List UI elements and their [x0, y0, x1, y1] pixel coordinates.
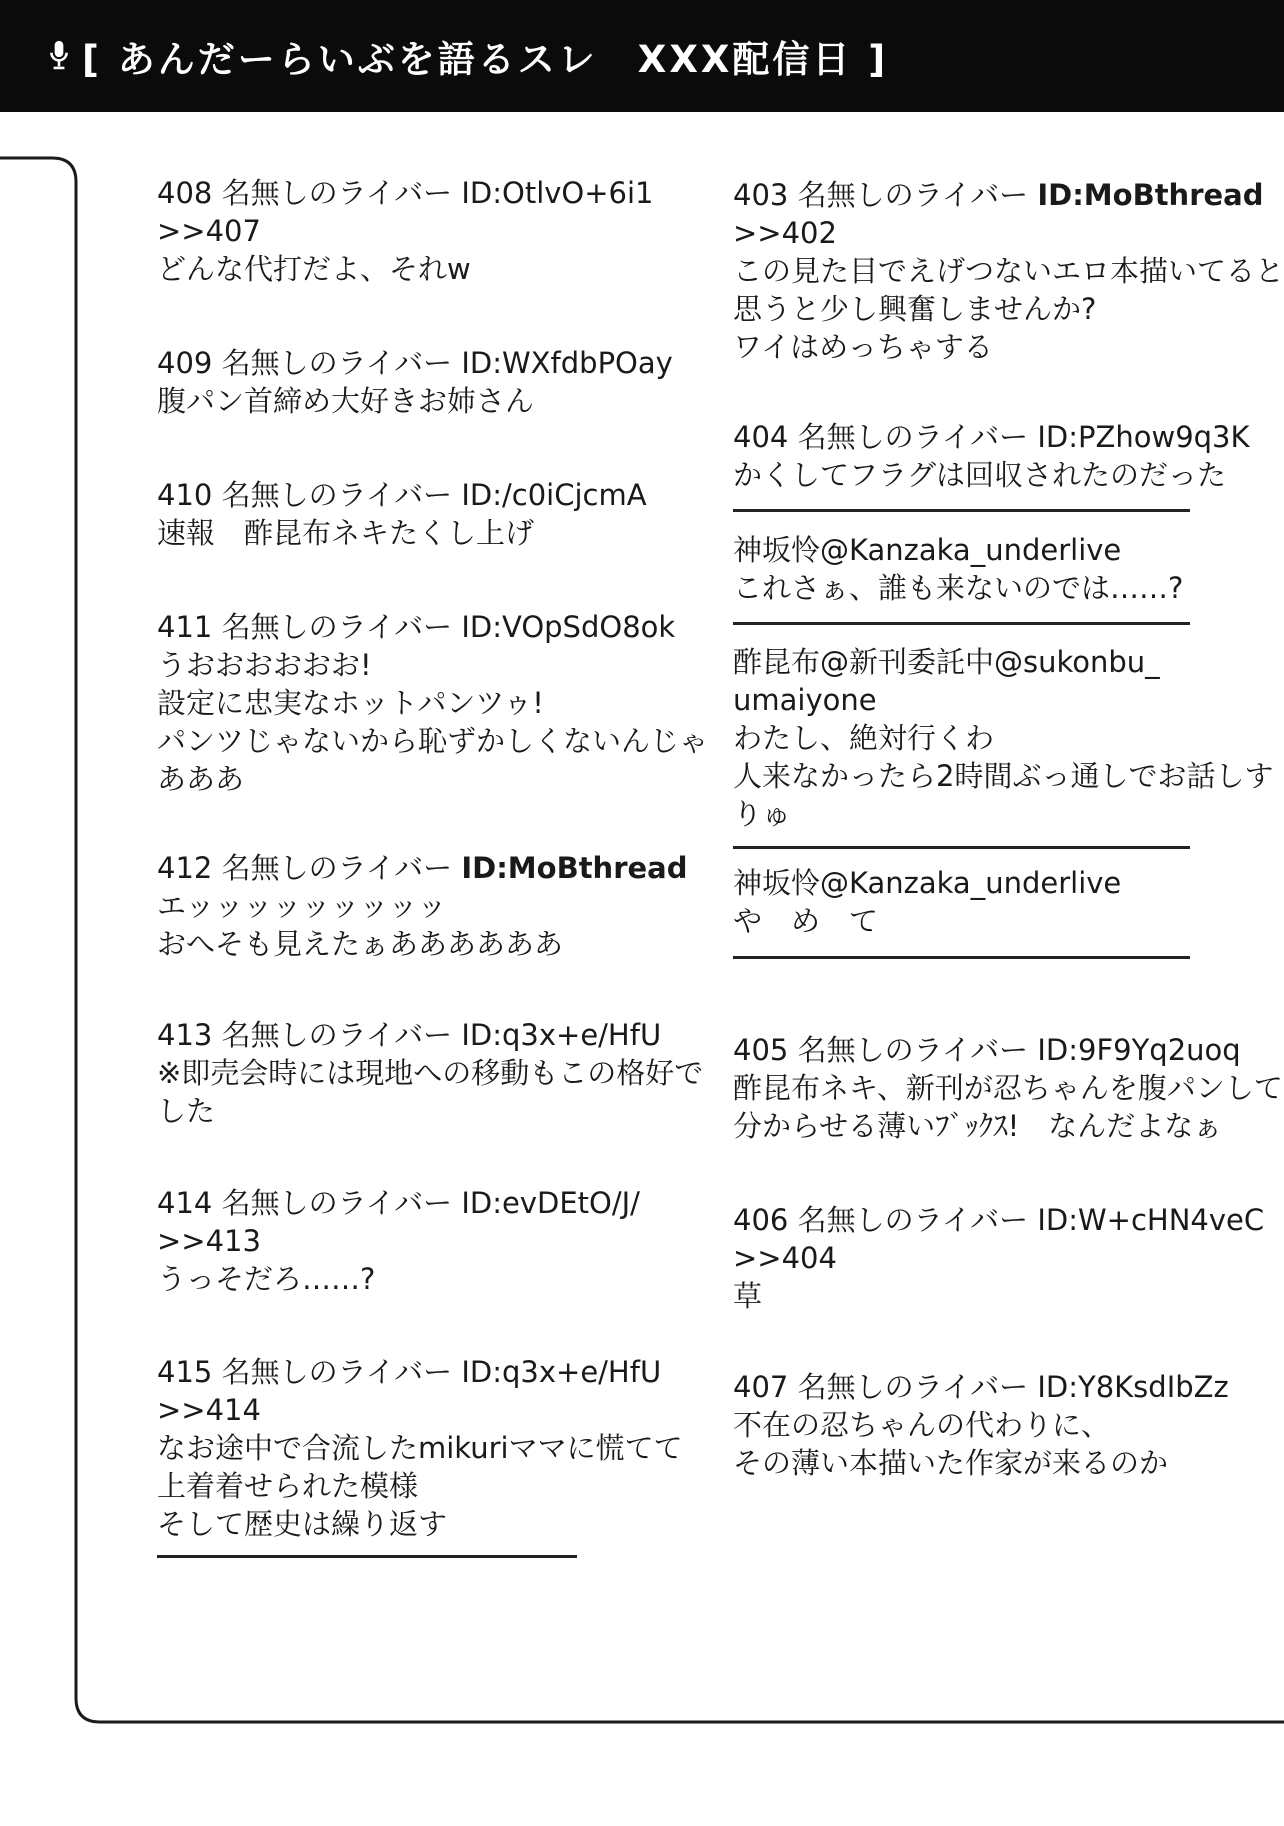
poster-id: ID:MoBthread: [1037, 178, 1263, 212]
post-line: おへそも見えたぁああああああ: [157, 925, 688, 963]
post-header: 404 名無しのライバー ID:PZhow9q3K: [733, 418, 1250, 456]
post-line: >>414: [157, 1391, 683, 1429]
post-405: 405 名無しのライバー ID:9F9Yq2uoq 酢昆布ネキ、新刊が忍ちゃんを…: [733, 1031, 1283, 1145]
post-413: 413 名無しのライバー ID:q3x+e/HfU ※即売会時には現地への移動も…: [157, 1016, 703, 1130]
post-line: 腹パン首締め大好きお姉さん: [157, 382, 673, 420]
separator-line: [733, 622, 1190, 625]
post-line: なお途中で合流したmikuriママに慌てて: [157, 1429, 683, 1467]
tweet-line: これさぁ、誰も来ないのでは……?: [733, 569, 1183, 607]
tweet-author: umaiyone: [733, 681, 1273, 719]
poster-id: ID:9F9Yq2uoq: [1037, 1033, 1240, 1067]
post-line: >>402: [733, 214, 1284, 252]
tweet-quote-2: 酢昆布@新刊委託中@sukonbu_ umaiyone わたし、絶対行くわ 人来…: [733, 643, 1273, 833]
post-415: 415 名無しのライバー ID:q3x+e/HfU >>414 なお途中で合流し…: [157, 1353, 683, 1543]
poster-id: ID:MoBthread: [461, 851, 687, 885]
post-header: 414 名無しのライバー ID:evDEtO/J/: [157, 1184, 640, 1222]
tweet-line: 人来なかったら2時間ぶっ通しでお話しす: [733, 757, 1273, 795]
post-412: 412 名無しのライバー ID:MoBthread エッッッッッッッッッ おへそ…: [157, 849, 688, 963]
separator-line: [157, 1555, 577, 1558]
tweet-line: りゅ: [733, 795, 1273, 833]
post-line: エッッッッッッッッッ: [157, 887, 688, 925]
post-line: この見た目でえげつないエロ本描いてると: [733, 252, 1284, 290]
tweet-line: や め て: [733, 902, 1121, 940]
post-header: 411 名無しのライバー ID:VOpSdO8ok: [157, 608, 708, 646]
poster-id: ID:q3x+e/HfU: [461, 1018, 661, 1052]
post-line: 分からせる薄いﾌﾞｯｸｽ! なんだよなぁ: [733, 1107, 1283, 1145]
post-line: >>413: [157, 1222, 640, 1260]
post-414: 414 名無しのライバー ID:evDEtO/J/ >>413 うっそだろ……?: [157, 1184, 640, 1298]
poster-id: ID:OtlvO+6i1: [461, 176, 653, 210]
tweet-author: 神坂怜@Kanzaka_underlive: [733, 864, 1121, 902]
post-406: 406 名無しのライバー ID:W+cHN4veC >>404 草: [733, 1201, 1264, 1315]
post-header: 409 名無しのライバー ID:WXfdbPOay: [157, 344, 673, 382]
post-line: かくしてフラグは回収されたのだった: [733, 456, 1250, 494]
post-header: 407 名無しのライバー ID:Y8KsdIbZz: [733, 1368, 1229, 1406]
post-line: ワイはめっちゃする: [733, 328, 1284, 366]
post-header: 408 名無しのライバー ID:OtlvO+6i1: [157, 174, 654, 212]
post-header: 405 名無しのライバー ID:9F9Yq2uoq: [733, 1031, 1283, 1069]
post-header: 413 名無しのライバー ID:q3x+e/HfU: [157, 1016, 703, 1054]
post-line: 酢昆布ネキ、新刊が忍ちゃんを腹パンして: [733, 1069, 1283, 1107]
separator-line: [733, 509, 1190, 512]
tweet-quote-1: 神坂怜@Kanzaka_underlive これさぁ、誰も来ないのでは……?: [733, 531, 1183, 607]
post-line: した: [157, 1092, 703, 1130]
post-header: 410 名無しのライバー ID:/c0iCjcmA: [157, 476, 647, 514]
poster-id: ID:/c0iCjcmA: [461, 478, 646, 512]
post-411: 411 名無しのライバー ID:VOpSdO8ok うおおおおおお! 設定に忠実…: [157, 608, 708, 798]
poster-id: ID:evDEtO/J/: [461, 1186, 640, 1220]
book-page: [ あんだーらいぶを語るスレ XXX配信日 ] 408 名無しのライバー ID:…: [0, 0, 1284, 1826]
post-line: パンツじゃないから恥ずかしくないんじゃ: [157, 722, 708, 760]
poster-id: ID:Y8KsdIbZz: [1037, 1370, 1228, 1404]
post-line: あああ: [157, 760, 708, 798]
poster-id: ID:VOpSdO8ok: [461, 610, 675, 644]
post-line: ※即売会時には現地への移動もこの格好で: [157, 1054, 703, 1092]
post-410: 410 名無しのライバー ID:/c0iCjcmA 速報 酢昆布ネキたくし上げ: [157, 476, 647, 552]
separator-line: [733, 846, 1190, 849]
post-header: 406 名無しのライバー ID:W+cHN4veC: [733, 1201, 1264, 1239]
post-line: 草: [733, 1277, 1264, 1315]
tweet-author: 神坂怜@Kanzaka_underlive: [733, 531, 1183, 569]
thread-title-bar: [ あんだーらいぶを語るスレ XXX配信日 ]: [0, 0, 1284, 112]
thread-title: [ あんだーらいぶを語るスレ XXX配信日 ]: [82, 29, 888, 83]
post-header: 415 名無しのライバー ID:q3x+e/HfU: [157, 1353, 683, 1391]
tweet-line: わたし、絶対行くわ: [733, 719, 1273, 757]
tweet-quote-3: 神坂怜@Kanzaka_underlive や め て: [733, 864, 1121, 940]
post-line: うおおおおおお!: [157, 646, 708, 684]
post-line: その薄い本描いた作家が来るのか: [733, 1444, 1229, 1482]
separator-line: [733, 956, 1190, 959]
post-408: 408 名無しのライバー ID:OtlvO+6i1 >>407 どんな代打だよ、…: [157, 174, 654, 288]
post-409: 409 名無しのライバー ID:WXfdbPOay 腹パン首締め大好きお姉さん: [157, 344, 673, 420]
microphone-icon: [46, 35, 72, 77]
poster-id: ID:W+cHN4veC: [1037, 1203, 1264, 1237]
post-line: 不在の忍ちゃんの代わりに、: [733, 1406, 1229, 1444]
post-header: 412 名無しのライバー ID:MoBthread: [157, 849, 688, 887]
post-line: そして歴史は繰り返す: [157, 1505, 683, 1543]
post-line: 設定に忠実なホットパンツゥ!: [157, 684, 708, 722]
poster-id: ID:q3x+e/HfU: [461, 1355, 661, 1389]
poster-id: ID:PZhow9q3K: [1037, 420, 1249, 454]
tweet-author: 酢昆布@新刊委託中@sukonbu_: [733, 643, 1273, 681]
post-line: >>407: [157, 212, 654, 250]
post-line: うっそだろ……?: [157, 1260, 640, 1298]
post-403: 403 名無しのライバー ID:MoBthread >>402 この見た目でえげ…: [733, 176, 1284, 366]
post-line: >>404: [733, 1239, 1264, 1277]
poster-id: ID:WXfdbPOay: [461, 346, 672, 380]
post-line: 上着着せられた模様: [157, 1467, 683, 1505]
post-line: 思うと少し興奮しませんか?: [733, 290, 1284, 328]
post-header: 403 名無しのライバー ID:MoBthread: [733, 176, 1284, 214]
post-line: どんな代打だよ、それw: [157, 250, 654, 288]
post-407: 407 名無しのライバー ID:Y8KsdIbZz 不在の忍ちゃんの代わりに、 …: [733, 1368, 1229, 1482]
post-404: 404 名無しのライバー ID:PZhow9q3K かくしてフラグは回収されたの…: [733, 418, 1250, 494]
post-line: 速報 酢昆布ネキたくし上げ: [157, 514, 647, 552]
